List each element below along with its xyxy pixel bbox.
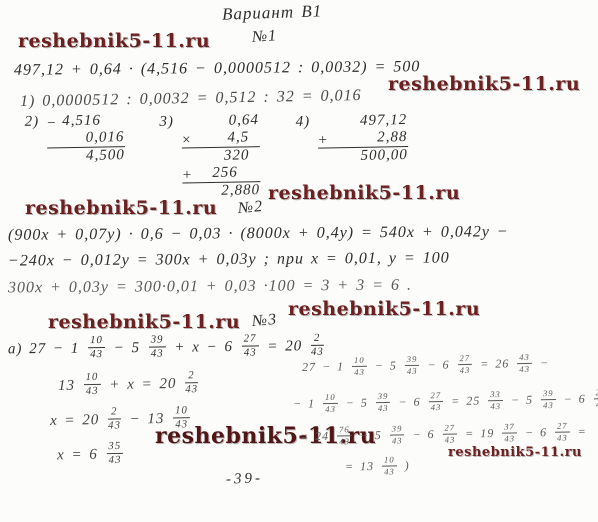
- math-text: = 26: [474, 356, 515, 371]
- fraction: 243: [311, 333, 324, 358]
- fraction: 2743: [428, 391, 443, 412]
- math-text: − 6: [392, 394, 426, 409]
- math-text: − 6: [421, 357, 455, 372]
- math-text: 13: [58, 378, 82, 394]
- multiply-sign: ×: [181, 132, 192, 149]
- problem1-step1-line: 1) 0,0000512 : 0,0032 = 0,512 : 32 = 0,0…: [20, 87, 362, 111]
- side-work-line: − 1 1043 − 5 3943 − 6 2743 = 25 3343 − 5…: [293, 389, 598, 415]
- side-work-line: 27 − 1 1043 − 5 3943 − 6 2743 = 26 4343 …: [302, 354, 549, 379]
- plus-sign: +: [317, 132, 328, 149]
- problem2-line-3: 300x + 0,03y = 300·0,01 + 0,03 ·100 = 3 …: [8, 277, 412, 297]
- problem1-label: №1: [251, 27, 277, 46]
- math-text: − 6: [519, 425, 553, 440]
- watermark: reshebnik5-11.ru: [388, 73, 580, 95]
- solution-line: 13 1043 + x = 20 243: [58, 372, 200, 399]
- fraction: 3943: [149, 334, 166, 359]
- math-text: −: [534, 356, 549, 370]
- math-text: а) 27 − 1: [8, 341, 86, 358]
- fraction: 3943: [541, 389, 556, 410]
- math-text: − 6: [558, 392, 592, 407]
- step-label: 4): [296, 114, 311, 166]
- math-text: = 20: [260, 338, 309, 355]
- math-text: =: [572, 424, 587, 438]
- math-text: = 19: [459, 426, 500, 441]
- fraction: 1043: [173, 405, 190, 430]
- problem3-line-a: а) 27 − 1 1043 − 5 3943 + x − 6 2743 = 2…: [8, 334, 326, 362]
- minuend: 4,516: [62, 113, 101, 130]
- math-text: ): [399, 458, 410, 472]
- fraction: 2743: [457, 354, 472, 375]
- problem2-line-2: −240x − 0,012y = 300x + 0,03y ; при x = …: [8, 249, 450, 270]
- partial-product-1: 320: [224, 147, 260, 164]
- math-text: − 5: [369, 358, 403, 373]
- addition-column: 4) 497,12 +2,88 500,00: [296, 112, 408, 166]
- product: 2,880: [221, 182, 260, 199]
- watermark: reshebnik5-11.ru: [18, 30, 210, 52]
- math-text: − 5: [354, 428, 388, 443]
- fraction: 2743: [555, 422, 570, 443]
- math-text: = 13: [345, 459, 380, 474]
- math-text: + x = 20: [102, 376, 183, 393]
- fraction: 1043: [88, 335, 105, 360]
- fraction: 2743: [242, 333, 259, 358]
- math-text: 27 − 1: [302, 359, 350, 374]
- plus-sign: +: [182, 167, 193, 184]
- multiplication-column: 3) 0,64 ×4,5 320 +256 2,880: [159, 112, 260, 201]
- math-text: x = 6: [57, 447, 105, 464]
- fraction: 2743: [594, 388, 598, 409]
- math-text: − 5: [505, 392, 539, 407]
- fraction: 243: [185, 370, 198, 395]
- sum: 500,00: [360, 147, 408, 164]
- subtrahend: 0,016: [86, 129, 125, 146]
- math-text: = 25: [445, 393, 486, 408]
- fraction: 1043: [84, 372, 101, 397]
- math-text: − 13: [123, 411, 172, 428]
- fraction: 3343: [488, 390, 503, 411]
- difference: 4,500: [86, 147, 125, 164]
- math-text: − 1: [293, 396, 321, 410]
- watermark: reshebnik5-11.ru: [268, 182, 460, 204]
- fraction: 3943: [376, 392, 391, 413]
- math-text: x = 20: [50, 412, 106, 429]
- problem2-label: №2: [237, 198, 264, 218]
- step-label: 3): [159, 114, 175, 201]
- fraction: 243: [108, 406, 121, 431]
- fraction: 3543: [106, 441, 123, 466]
- solution-line: x = 20 243 − 13 1043: [50, 407, 192, 434]
- fraction: 3943: [405, 355, 420, 376]
- watermark: reshebnik5-11.ru: [288, 298, 480, 320]
- page-title: Вариант В1: [222, 2, 323, 24]
- fraction: 7643: [337, 425, 352, 446]
- fraction: 3743: [502, 422, 517, 443]
- problem3-label: №3: [251, 311, 278, 331]
- partial-product-2: 256: [212, 164, 260, 181]
- addend-1: 497,12: [360, 112, 408, 129]
- step-label: 2): [25, 114, 40, 166]
- fraction: 4343: [517, 353, 532, 374]
- multiplicand: 0,64: [228, 112, 259, 129]
- problem2-line-1: (900x + 0,07y) · 0,6 − 0,03 · (8000x + 0…: [8, 223, 509, 244]
- math-text: − 5: [107, 340, 147, 356]
- addend-2: 2,88: [377, 129, 408, 146]
- fraction: 1043: [352, 356, 367, 377]
- side-work-line: = 13 1043 ): [345, 456, 410, 477]
- multiplier: 4,5: [227, 129, 259, 146]
- math-text: − 5: [340, 395, 374, 410]
- fraction: 1043: [323, 393, 338, 414]
- fraction: 3943: [390, 424, 405, 445]
- math-text: = 24: [300, 429, 335, 444]
- math-text: − 6: [406, 427, 440, 442]
- solution-line: x = 6 3543: [57, 442, 126, 468]
- scanned-solution-page: Вариант В1 №1 reshebnik5-11.ru reshebnik…: [0, 0, 598, 522]
- watermark: reshebnik5-11.ru: [48, 311, 240, 333]
- problem1-equation: 497,12 + 0,64 · (4,516 − 0,0000512 : 0,0…: [14, 58, 421, 79]
- watermark: reshebnik5-11.ru: [448, 445, 582, 460]
- math-text: + x − 6: [168, 339, 240, 356]
- fraction: 2743: [442, 423, 457, 444]
- page-number: -39-: [226, 470, 264, 488]
- fraction: 1043: [382, 455, 397, 476]
- side-work-line: = 24 7643 − 5 3943 − 6 2743 = 19 3743 − …: [300, 422, 587, 447]
- subtraction-column: 2) −4,516 0,016 4,500: [25, 112, 125, 166]
